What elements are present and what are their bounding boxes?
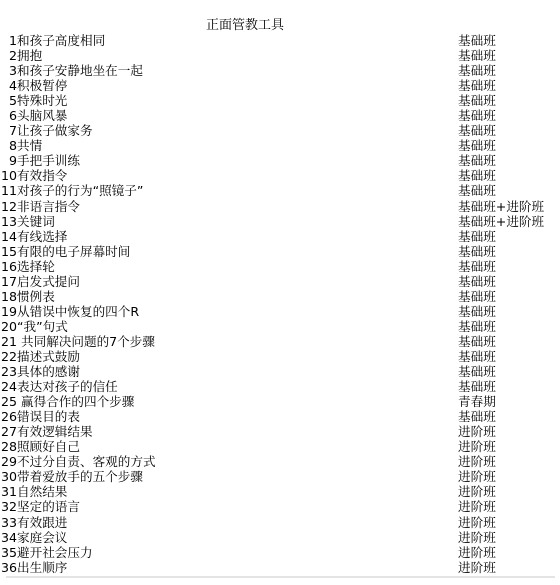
row-number: 20 [0,319,17,334]
table-row: 1 和孩子高度相同 基础班 [0,33,560,48]
table-row: 4 积极暂停 基础班 [0,78,560,93]
row-number: 33 [0,515,17,530]
table-row: 22 描述式鼓励 基础班 [0,349,560,364]
row-number: 5 [0,93,17,108]
row-number: 22 [0,349,17,364]
tool-name: 有效逻辑结果 [17,424,458,439]
table-row: 24 表达对孩子的信任 基础班 [0,379,560,394]
class-tag: 基础班 [458,379,560,394]
row-number: 31 [0,484,17,499]
table-row: 27 有效逻辑结果 进阶班 [0,424,560,439]
tool-name: 手把手训练 [17,153,458,168]
tool-name: 带着爱放手的五个步骤 [17,469,458,484]
class-tag: 进阶班 [458,454,560,469]
tool-name: 头脑风暴 [17,108,458,123]
table-row: 31 自然结果 进阶班 [0,484,560,499]
row-number: 10 [0,168,17,183]
row-number: 26 [0,409,17,424]
table-row: 3 和孩子安静地坐在一起 基础班 [0,63,560,78]
class-tag: 进阶班 [458,439,560,454]
tool-name: 表达对孩子的信任 [17,379,458,394]
row-number: 1 [0,33,17,48]
class-tag: 基础班 [458,123,560,138]
class-tag: 进阶班 [458,469,560,484]
table-row: 5 特殊时光 基础班 [0,93,560,108]
class-tag: 基础班+进阶班 [458,214,560,229]
bottom-divider [6,576,555,578]
class-tag: 基础班 [458,108,560,123]
table-row: 17 启发式提问 基础班 [0,274,560,289]
tool-name: 共情 [17,138,458,153]
tool-name: “我”句式 [17,319,458,334]
tool-name: 惯例表 [17,289,458,304]
row-number: 7 [0,123,17,138]
tool-name: 避开社会压力 [17,545,458,560]
class-tag: 基础班 [458,409,560,424]
table-row: 33 有效跟进 进阶班 [0,515,560,530]
class-tag: 基础班 [458,153,560,168]
page-title: 正面管教工具 [0,19,490,33]
table-row: 14 有线选择 基础班 [0,229,560,244]
tool-name: 从错误中恢复的四个R [17,304,458,319]
tool-name: 非语言指令 [17,199,458,214]
row-number: 17 [0,274,17,289]
class-tag: 基础班 [458,289,560,304]
row-number: 9 [0,153,17,168]
tool-name: 具体的感谢 [17,364,458,379]
tool-name: 有线选择 [17,229,458,244]
tool-name: 有限的电子屏幕时间 [17,244,458,259]
class-tag: 基础班 [458,183,560,198]
table-row: 7 让孩子做家务 基础班 [0,123,560,138]
table-row: 29 不过分自责、客观的方式 进阶班 [0,454,560,469]
table-row: 20 “我”句式 基础班 [0,319,560,334]
class-tag: 基础班 [458,48,560,63]
table-row: 2 拥抱 基础班 [0,48,560,63]
table-row: 32 坚定的语言 进阶班 [0,499,560,514]
class-tag: 基础班 [458,334,560,349]
row-number: 24 [0,379,17,394]
class-tag: 基础班 [458,304,560,319]
tool-name: 有效跟进 [17,515,458,530]
table-row: 15 有限的电子屏幕时间 基础班 [0,244,560,259]
row-number: 30 [0,469,17,484]
row-number: 2 [0,48,17,63]
tool-name: 有效指令 [17,168,458,183]
tool-name: 启发式提问 [17,274,458,289]
row-number: 36 [0,560,17,575]
class-tag: 基础班+进阶班 [458,199,560,214]
table-row: 16 选择轮 基础班 [0,259,560,274]
row-number: 4 [0,78,17,93]
tool-name: 共同解决问题的7个步骤 [17,334,458,349]
class-tag: 进阶班 [458,499,560,514]
class-tag: 进阶班 [458,424,560,439]
tool-name: 坚定的语言 [17,499,458,514]
table-row: 6 头脑风暴 基础班 [0,108,560,123]
row-number: 28 [0,439,17,454]
row-number: 21 [0,334,17,349]
class-tag: 基础班 [458,33,560,48]
row-number: 14 [0,229,17,244]
tool-name: 对孩子的行为“照镜子” [17,183,458,198]
tool-name: 错误目的表 [17,409,458,424]
row-number: 6 [0,108,17,123]
row-number: 3 [0,63,17,78]
table-row: 10 有效指令 基础班 [0,168,560,183]
class-tag: 进阶班 [458,515,560,530]
class-tag: 青春期 [458,394,560,409]
class-tag: 基础班 [458,244,560,259]
tools-list: 1 和孩子高度相同 基础班 2 拥抱 基础班 3 和孩子安静地坐在一起 基础班 … [0,33,560,575]
row-number: 29 [0,454,17,469]
class-tag: 进阶班 [458,545,560,560]
class-tag: 基础班 [458,138,560,153]
table-row: 36 出生顺序 进阶班 [0,560,560,575]
class-tag: 基础班 [458,364,560,379]
table-row: 34 家庭会议 进阶班 [0,530,560,545]
tool-name: 家庭会议 [17,530,458,545]
row-number: 27 [0,424,17,439]
row-number: 16 [0,259,17,274]
table-row: 26 错误目的表 基础班 [0,409,560,424]
row-number: 25 [0,394,17,409]
tool-name: 让孩子做家务 [17,123,458,138]
tool-name: 出生顺序 [17,560,458,575]
table-row: 18 惯例表 基础班 [0,289,560,304]
table-row: 9 手把手训练 基础班 [0,153,560,168]
table-row: 11 对孩子的行为“照镜子” 基础班 [0,183,560,198]
table-row: 25 赢得合作的四个步骤 青春期 [0,394,560,409]
tool-name: 关键词 [17,214,458,229]
table-row: 13 关键词 基础班+进阶班 [0,214,560,229]
row-number: 15 [0,244,17,259]
tool-name: 选择轮 [17,259,458,274]
row-number: 34 [0,530,17,545]
class-tag: 基础班 [458,93,560,108]
tool-name: 自然结果 [17,484,458,499]
tool-name: 照顾好自己 [17,439,458,454]
tool-name: 和孩子高度相同 [17,33,458,48]
table-row: 19 从错误中恢复的四个R 基础班 [0,304,560,319]
class-tag: 进阶班 [458,560,560,575]
class-tag: 基础班 [458,229,560,244]
class-tag: 基础班 [458,78,560,93]
row-number: 19 [0,304,17,319]
tool-name: 拥抱 [17,48,458,63]
row-number: 18 [0,289,17,304]
class-tag: 基础班 [458,63,560,78]
class-tag: 基础班 [458,168,560,183]
tool-name: 赢得合作的四个步骤 [17,394,458,409]
row-number: 11 [0,183,17,198]
table-row: 30 带着爱放手的五个步骤 进阶班 [0,469,560,484]
table-row: 12 非语言指令 基础班+进阶班 [0,199,560,214]
class-tag: 进阶班 [458,530,560,545]
tool-name: 特殊时光 [17,93,458,108]
table-row: 23 具体的感谢 基础班 [0,364,560,379]
row-number: 23 [0,364,17,379]
class-tag: 基础班 [458,259,560,274]
class-tag: 基础班 [458,319,560,334]
tool-name: 和孩子安静地坐在一起 [17,63,458,78]
row-number: 13 [0,214,17,229]
table-row: 28 照顾好自己 进阶班 [0,439,560,454]
row-number: 8 [0,138,17,153]
class-tag: 进阶班 [458,484,560,499]
class-tag: 基础班 [458,349,560,364]
tool-name: 描述式鼓励 [17,349,458,364]
row-number: 12 [0,199,17,214]
tool-name: 不过分自责、客观的方式 [17,454,458,469]
row-number: 35 [0,545,17,560]
document-page: 正面管教工具 1 和孩子高度相同 基础班 2 拥抱 基础班 3 和孩子安静地坐在… [0,0,560,585]
tool-name: 积极暂停 [17,78,458,93]
table-row: 8 共情 基础班 [0,138,560,153]
class-tag: 基础班 [458,274,560,289]
table-row: 21 共同解决问题的7个步骤 基础班 [0,334,560,349]
table-row: 35 避开社会压力 进阶班 [0,545,560,560]
row-number: 32 [0,499,17,514]
